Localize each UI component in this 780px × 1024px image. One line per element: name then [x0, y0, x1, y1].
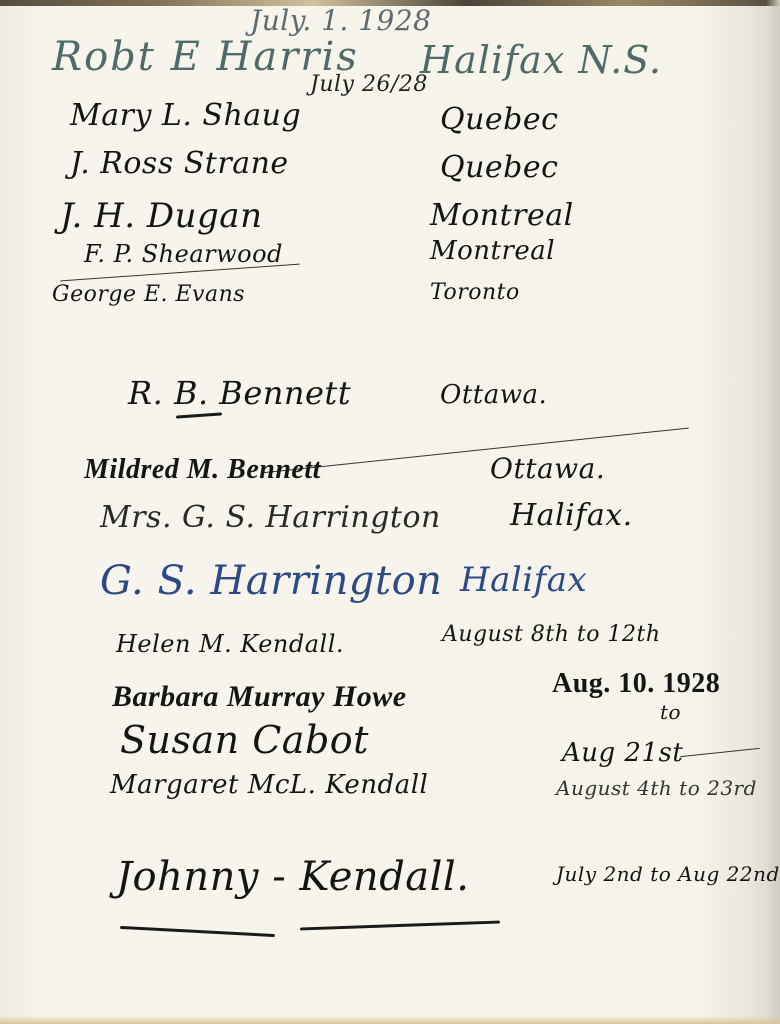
date-underline [680, 748, 760, 758]
signature-place: Quebec [440, 150, 558, 185]
signature-place: Quebec [440, 102, 558, 137]
visit-dates: Aug. 10. 1928 [552, 668, 720, 700]
signature-name: F. P. Shearwood [84, 240, 283, 268]
signature-name: Susan Cabot [120, 718, 369, 762]
signature-name: Mary L. Shaug [70, 98, 301, 133]
signature-underline [120, 926, 275, 937]
visit-dates-to: to [660, 700, 681, 724]
signature-name: Mildred M. Bennett [84, 454, 321, 486]
signature-name: J. Ross Strane [70, 146, 289, 181]
signature-name: Mrs. G. S. Harrington [100, 500, 441, 535]
signature-name: J. H. Dugan [60, 196, 262, 236]
signature-place: Montreal [430, 236, 555, 266]
signature-name: G. S. Harrington [100, 558, 442, 604]
signature-place: Halifax N.S. [420, 38, 662, 82]
visit-dates: July 2nd to Aug 22nd [556, 862, 780, 886]
signature-underline [300, 921, 500, 930]
signature-place: Ottawa. [440, 380, 547, 410]
signature-place: Montreal [430, 198, 574, 233]
header-date: July. 1. 1928 [250, 4, 432, 37]
guestbook-page: July. 1. 1928 Robt E Harris Halifax N.S.… [0, 0, 780, 1024]
signature-place: Toronto [430, 280, 520, 305]
signature-name: George E. Evans [52, 282, 245, 307]
signature-place: Halifax [460, 560, 587, 600]
signature-name: R. B. Bennett [128, 374, 351, 412]
signature-name: Helen M. Kendall. [116, 630, 344, 658]
visit-dates: August 8th to 12th [442, 622, 661, 647]
signature-underline [176, 412, 222, 418]
strike-line [261, 428, 689, 474]
signature-name: Margaret McL. Kendall [110, 770, 428, 800]
signature-name: Barbara Murray Howe [112, 680, 407, 714]
date-note: July 26/28 [310, 72, 428, 97]
signature-place: Halifax. [510, 498, 633, 533]
visit-dates: Aug 21st [562, 738, 683, 768]
page-bottom-edge [0, 1016, 780, 1024]
signature-place: Ottawa. [490, 452, 605, 485]
signature-name: Johnny - Kendall. [116, 854, 469, 900]
visit-dates: August 4th to 23rd [556, 776, 757, 800]
